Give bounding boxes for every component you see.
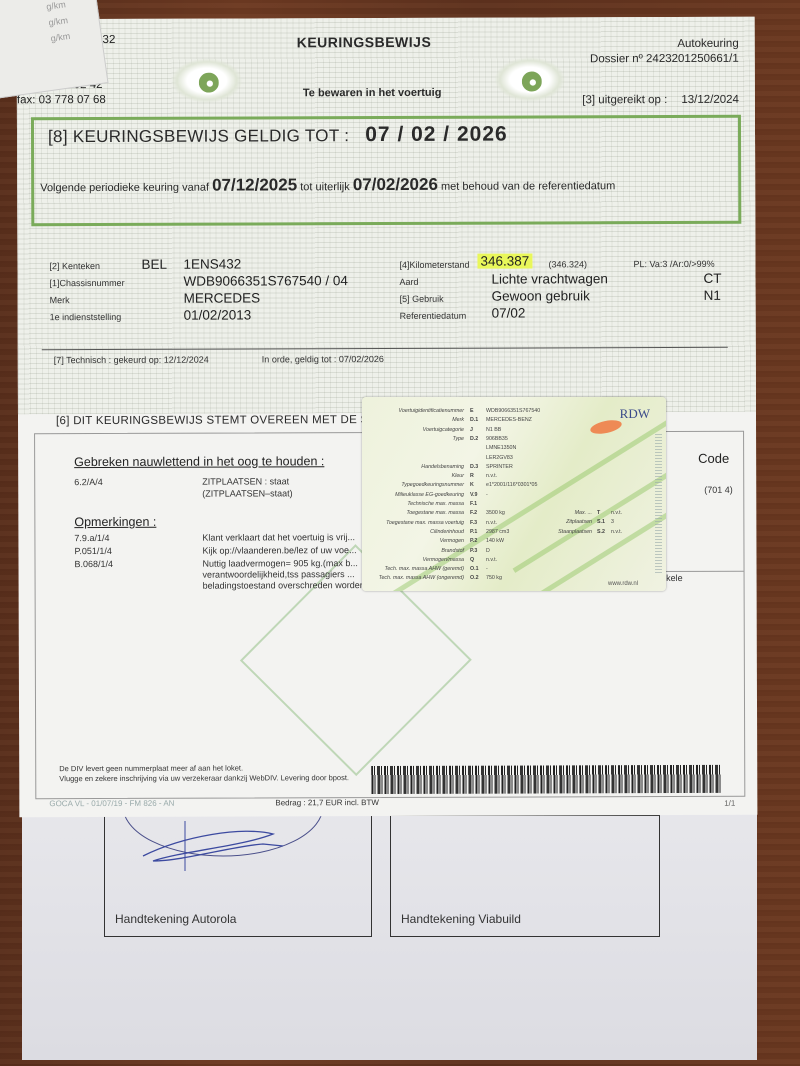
rdw-row: LMNE1350N [366, 445, 516, 451]
document-title: KEURINGSBEWIJS [297, 34, 432, 50]
certificate-security-area: ...AT - Station nr 32 ...ostjachtpark 8 … [17, 17, 756, 415]
rdw-row: VoertuigidentificatienummerEWDB9066351S7… [366, 408, 540, 414]
valid-until-date: 07 / 02 / 2026 [365, 123, 508, 146]
rdw-row-label: Toegestane max. massa [366, 510, 464, 516]
use-code: N1 [704, 288, 721, 303]
technical-valid-until: In orde, geldig tot : 07/02/2026 [262, 354, 384, 364]
rdw-row: VoertuigcategorieJN1 BB [366, 427, 501, 433]
first-registration-label: 1e indienststelling [50, 312, 122, 322]
rdw-right-row-code: S.2 [597, 529, 611, 535]
rdw-row-label: Milieuklasse EG-goedkeuring [366, 492, 464, 498]
technical-inspected: [7] Technisch : gekeurd op: 12/12/2024 [54, 355, 209, 366]
defect-reference: (701 4) [704, 485, 733, 496]
rdw-hologram [589, 418, 623, 436]
plate-number: 1ENS432 [183, 257, 241, 272]
next-inspection-suffix: met behoud van de referentiedatum [441, 180, 615, 193]
dossier-number: Dossier nº 2423201250661/1 [590, 52, 739, 68]
goca-eye-logo-left [172, 59, 242, 103]
issued-date-row: [3] uitgereikt op :13/12/2024 [582, 94, 739, 107]
rdw-row-value: SPRINTER [486, 464, 513, 470]
rdw-row-value: LMNE1350N [486, 445, 516, 451]
rdw-row-code: P.2 [470, 538, 486, 544]
brand-label: Merk [50, 295, 70, 305]
rdw-row: Toegestane max. massaF.23500 kg [366, 510, 505, 516]
remark-text: Nuttig laadvermogen= 905 kg.(max b... [202, 558, 357, 570]
first-registration-date: 01/02/2013 [184, 307, 252, 322]
rdw-url: www.rdw.nl [608, 581, 638, 587]
rdw-right-row-label: Staanplaatsen [542, 529, 592, 535]
rdw-row-value: 3500 kg [486, 510, 505, 516]
rdw-row-code: P.3 [470, 548, 486, 554]
card-corner-row: g/km [46, 0, 97, 12]
reference-date-value: 07/02 [492, 306, 526, 321]
signature-box-viabuild[interactable]: Handtekening Viabuild [390, 815, 660, 937]
rdw-row: Vermogen/massaQn.v.t. [366, 557, 497, 563]
next-inspection-row: Volgende periodieke keuring vanaf 07/12/… [40, 174, 615, 196]
rdw-row: MerkD.1MERCEDES-BENZ [366, 417, 532, 423]
rdw-row-label: Brandstof [366, 548, 464, 554]
odometer-label: [4]Kilometerstand [399, 260, 469, 270]
validity-box: [8] KEURINGSBEWIJS GELDIG TOT :07 / 02 /… [31, 115, 741, 226]
rdw-row-label: Kleur [366, 473, 464, 479]
rdw-logo: RDW [620, 406, 650, 422]
rdw-row: Milieuklasse EG-goedkeuringV.9- [366, 492, 488, 498]
rdw-row: VermogenP.2140 kW [366, 538, 504, 544]
station-fax: fax: 03 778 07 68 [17, 93, 116, 108]
rdw-row: Toegestane max. massa voertuigF.3n.v.t. [366, 520, 497, 526]
rdw-row-code: Q [470, 557, 486, 563]
next-inspection-to: 07/02/2026 [353, 175, 438, 194]
card-corner-row: g/km [50, 27, 101, 44]
next-inspection-mid: tot uiterlijk [300, 181, 350, 193]
rdw-row-label: Type [366, 436, 464, 442]
signature-box-autorola[interactable]: Handtekening Autorola [104, 815, 372, 937]
rdw-row-label: Tech. max. massa AHW (geremd) [366, 566, 464, 572]
rdw-row-value: n.v.t. [486, 520, 497, 526]
kind-label: Aard [400, 277, 419, 287]
plate-label: [2] Kenteken [49, 261, 100, 271]
rdw-row-value: D [486, 548, 490, 554]
rdw-row: Technische max. massaF.1 [366, 501, 486, 507]
pl-info: PL: Va:3 /Ar:0/>99% [633, 259, 714, 269]
rdw-right-row-value: n.v.t. [611, 510, 622, 516]
odometer-value: 346.387 [477, 253, 532, 268]
valid-until-label: [8] KEURINGSBEWIJS GELDIG TOT : [48, 126, 349, 146]
rdw-row-value: - [486, 492, 488, 498]
rdw-row: TypegoedkeuringsnummerKe1*2001/116*0301*… [366, 482, 537, 488]
rdw-row-code: P.1 [470, 529, 486, 535]
defect-subtext: (ZITPLAATSEN–staat) [202, 488, 292, 499]
rdw-row-code: V.9 [470, 492, 486, 498]
use-value: Gewoon gebruik [492, 288, 590, 303]
rdw-row-value: 750 kg [486, 575, 502, 581]
goca-eye-logo-right [495, 57, 565, 101]
rdw-row: TypeD.2906BB35 [366, 436, 508, 442]
inspection-type: Autokeuring [590, 37, 739, 53]
rdw-row: HandelsbenamingD.3SPRINTER [366, 464, 513, 470]
rdw-row: Tech. max. massa AHW (geremd)O.1- [366, 566, 488, 572]
card-corner-row: g/km [48, 11, 99, 28]
chassis-label: [1]Chassisnummer [50, 278, 125, 288]
rdw-row-code: O.1 [470, 566, 486, 572]
remark-text-line3: beladingstoestand overschreden worden. [203, 580, 368, 592]
brand-value: MERCEDES [184, 290, 261, 305]
chassis-number: WDB9066351S767540 / 04 [183, 273, 347, 289]
rdw-row-label: Voertuigcategorie [366, 427, 464, 433]
rdw-right-row-label: Zitplaatsen [542, 519, 592, 525]
rdw-row-value: 2987 cm3 [486, 529, 509, 535]
remark-code: B.068/1/4 [74, 559, 113, 570]
form-id: GOCA VL - 01/07/19 - FM 826 - AN [49, 799, 174, 808]
rdw-row-code: F.3 [470, 520, 486, 526]
amount: Bedrag : 21,7 EUR incl. BTW [275, 798, 379, 807]
remark-text-line2: verantwoordelijkheid,tss passagiers ... [203, 569, 355, 581]
next-inspection-from: 07/12/2025 [212, 175, 297, 194]
issued-date: 13/12/2024 [681, 94, 739, 106]
remark-code: 7.9.a/1/4 [74, 533, 109, 544]
rdw-row-label: Technische max. massa [366, 501, 464, 507]
issued-label: [3] uitgereikt op : [582, 94, 667, 106]
use-label: [5] Gebruik [400, 294, 444, 304]
rdw-row: CilinderinhoudP.12987 cm3 [366, 529, 509, 535]
rdw-row-label: Merk [366, 417, 464, 423]
signature-label-autorola: Handtekening Autorola [115, 912, 236, 926]
kind-value: Lichte vrachtwagen [491, 271, 607, 286]
rdw-row-code: J [470, 427, 486, 433]
rdw-right-row-code: T [597, 510, 611, 516]
divider [42, 347, 728, 350]
rdw-registration-card: RDW VoertuigidentificatienummerEWDB90663… [362, 397, 666, 591]
defect-code: 6.2/A/4 [74, 477, 103, 488]
rdw-row-value: MERCEDES-BENZ [486, 417, 532, 423]
rdw-row-value: LER2GV83 [486, 455, 513, 461]
rdw-row-code: D.2 [470, 436, 486, 442]
reference-date-label: Referentiedatum [400, 311, 467, 321]
rdw-row-code: D.3 [470, 464, 486, 470]
rdw-row-value: n.v.t. [486, 473, 497, 479]
remarks-heading: Opmerkingen : [74, 515, 156, 529]
remark-text: Klant verklaart dat het voertuig is vrij… [202, 532, 355, 544]
rdw-right-row-label: Max. ... [542, 510, 592, 516]
defect-text: ZITPLAATSEN : staat [202, 476, 289, 487]
signature-label-viabuild: Handtekening Viabuild [401, 912, 521, 926]
next-inspection-prefix: Volgende periodieke keuring vanaf [40, 182, 209, 195]
rdw-right-row-value: 3 [611, 519, 614, 525]
rdw-row-code: F.1 [470, 501, 486, 507]
rdw-row: BrandstofP.3D [366, 548, 490, 554]
signature-scribble [123, 816, 343, 876]
rdw-row-code: R [470, 473, 486, 479]
rdw-row: KleurRn.v.t. [366, 473, 497, 479]
valid-until-row: [8] KEURINGSBEWIJS GELDIG TOT :07 / 02 /… [48, 123, 508, 149]
rdw-row-label: Cilinderinhoud [366, 529, 464, 535]
rdw-row-label: Handelsbenaming [366, 464, 464, 470]
rdw-row-value: 140 kW [486, 538, 504, 544]
defects-heading: Gebreken nauwlettend in het oog te houde… [74, 454, 324, 469]
odometer-reading: 346.387 [477, 253, 532, 268]
rdw-row-value: 906BB35 [486, 436, 508, 442]
div-notice: De DIV levert geen nummerplaat meer af a… [59, 763, 349, 783]
remark-text: Kijk op://vlaanderen.be/lez of uw voe... [202, 545, 356, 557]
card-microtext [655, 433, 662, 573]
rdw-row-value: e1*2001/116*0301*05 [486, 482, 537, 488]
rdw-row-label: Toegestane max. massa voertuig [366, 520, 464, 526]
rdw-row-code: E [470, 408, 486, 414]
rdw-row-label: Voertuigidentificatienummer [366, 408, 464, 414]
rdw-row-label: Vermogen/massa [366, 557, 464, 563]
rdw-right-row: StaanplaatsenS.2n.v.t. [542, 529, 622, 535]
barcode [371, 765, 721, 794]
odometer-previous: (346.324) [548, 259, 587, 269]
div-notice-line2: Vlugge en zekere inschrijving via uw ver… [59, 773, 349, 784]
rdw-row-label: Vermogen [366, 538, 464, 544]
rdw-row-label: Tech. max. massa AHW (ongeremd) [366, 575, 464, 581]
registration-card-corner: g/km g/km g/km [0, 0, 109, 100]
rdw-right-row-value: n.v.t. [611, 529, 622, 535]
code-heading: Code [698, 451, 729, 466]
rdw-row-value: n.v.t. [486, 557, 497, 563]
rdw-row-value: N1 BB [486, 427, 501, 433]
rdw-row-code: K [470, 482, 486, 488]
rdw-right-row-code: S.1 [597, 519, 611, 525]
remark-code: P.051/1/4 [74, 546, 111, 557]
rdw-row-value: - [486, 566, 488, 572]
page-number: 1/1 [724, 799, 735, 808]
rdw-row-code: O.2 [470, 575, 486, 581]
rdw-row: Tech. max. massa AHW (ongeremd)O.2750 kg [366, 575, 502, 581]
rdw-row-code: F.2 [470, 510, 486, 516]
document-subtitle: Te bewaren in het voertuig [303, 87, 442, 99]
dossier-block: Autokeuring Dossier nº 2423201250661/1 [590, 37, 739, 68]
rdw-row-label: Typegoedkeuringsnummer [366, 482, 464, 488]
rdw-row-value: WDB9066351S767540 [486, 408, 540, 414]
rdw-row: LER2GV83 [366, 455, 513, 461]
kind-code: CT [703, 271, 721, 286]
rdw-right-row: ZitplaatsenS.13 [542, 519, 614, 525]
rdw-right-row: Max. ...Tn.v.t. [542, 510, 622, 516]
plate-country: BEL [141, 257, 167, 272]
rdw-row-code: D.1 [470, 417, 486, 423]
